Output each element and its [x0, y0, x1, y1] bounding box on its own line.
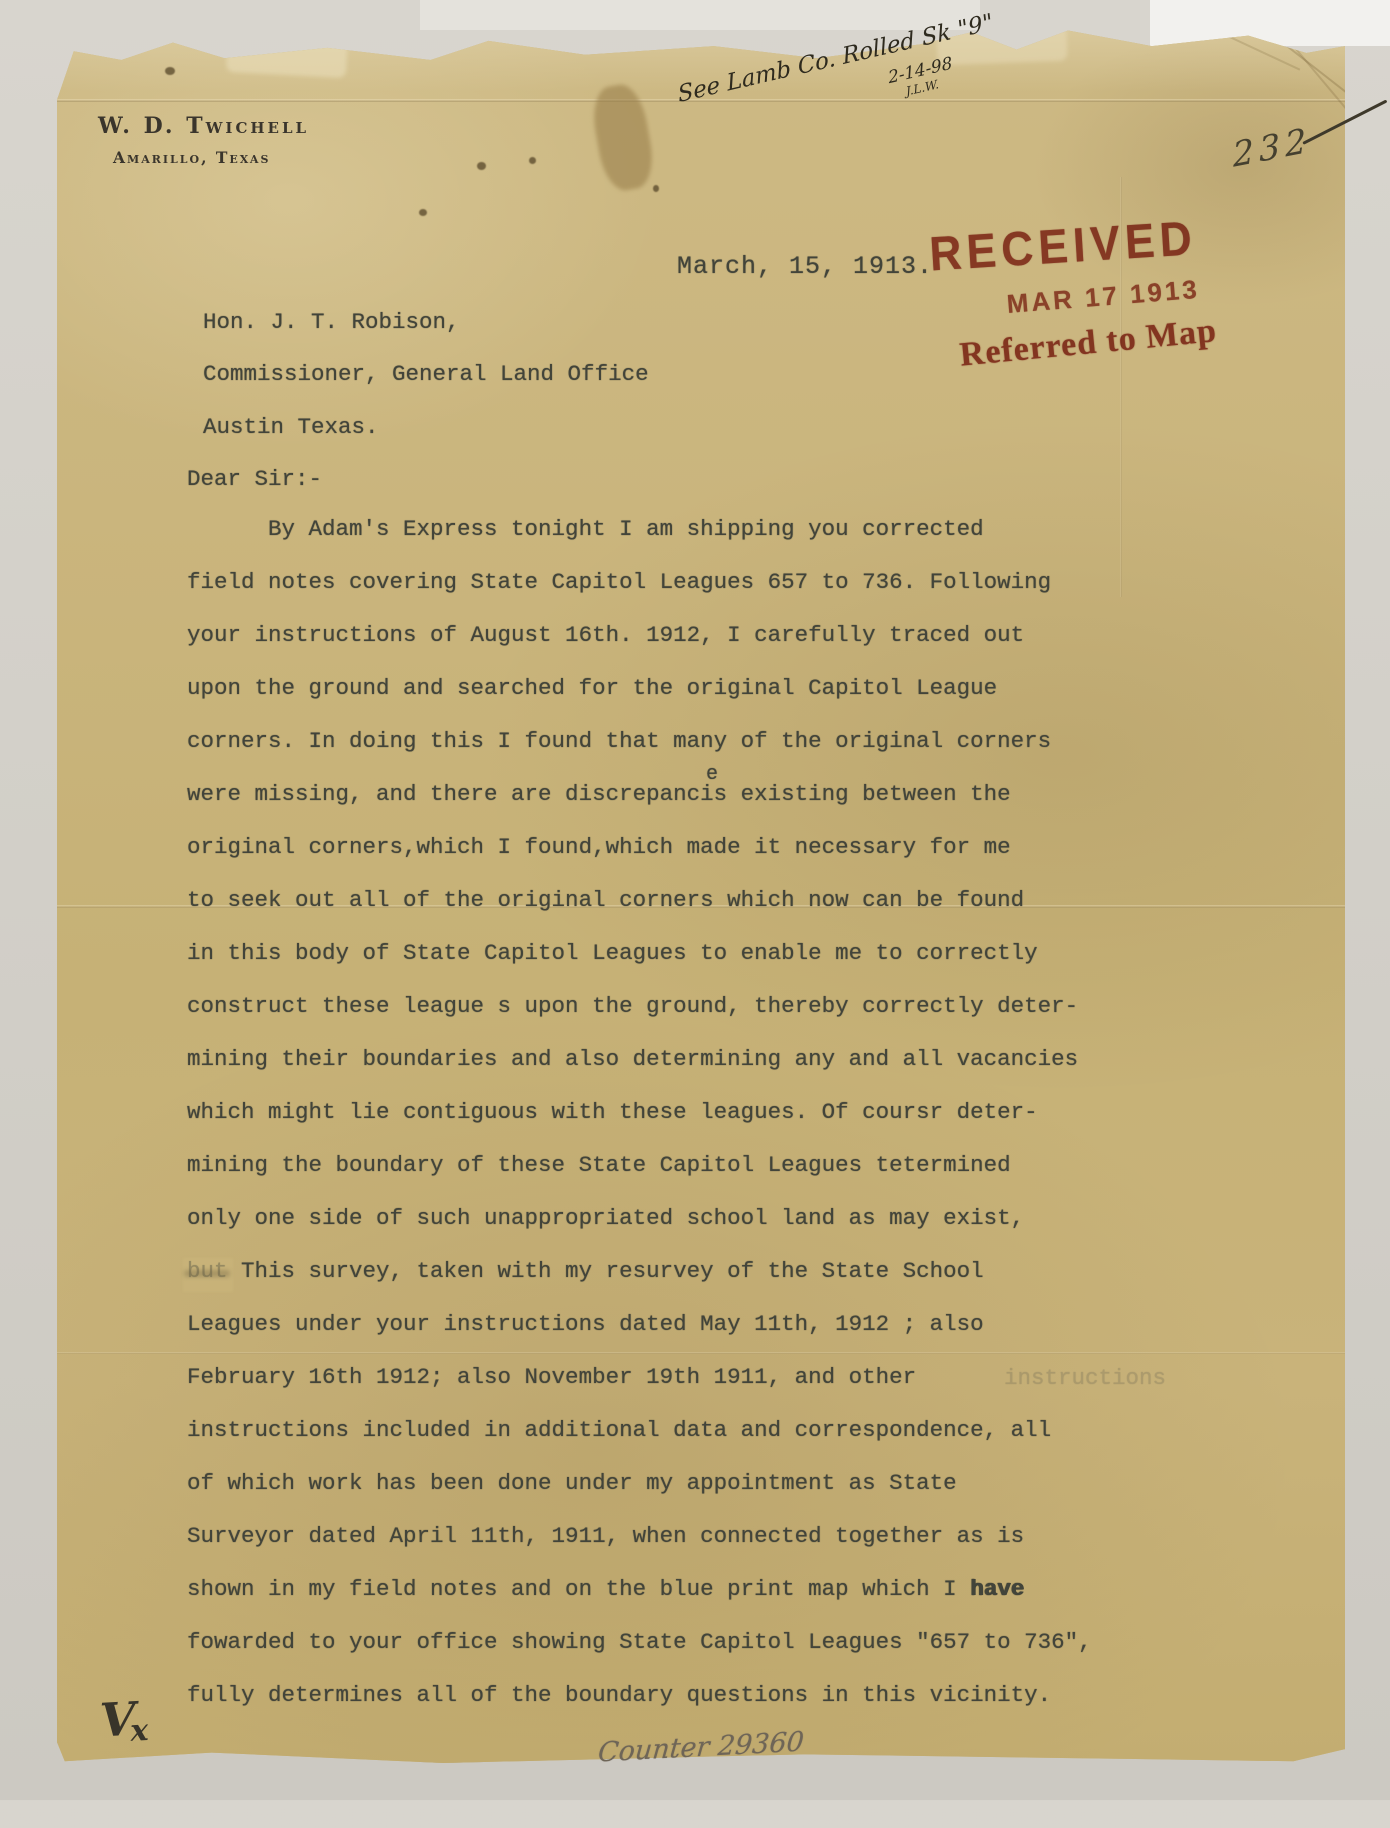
background-patch	[1150, 0, 1390, 46]
body-line: By Adam's Express tonight I am shipping …	[187, 503, 984, 556]
body-line: to seek out all of the original corners …	[187, 874, 1024, 927]
handwritten-check-mark: Vx	[99, 1691, 155, 1748]
body-line: fully determines all of the boundary que…	[187, 1669, 1051, 1722]
letterhead-name: W. D. Twichell	[98, 113, 309, 139]
ink-smudge	[184, 1270, 230, 1277]
body-line: of which work has been done under my app…	[187, 1457, 957, 1510]
body-line: in this body of State Capitol Leagues to…	[187, 927, 1038, 980]
body-line: original corners,which I found,which mad…	[187, 821, 1011, 874]
body-line: Leagues under your instructions dated Ma…	[187, 1298, 984, 1351]
body-line: mining their boundaries and also determi…	[187, 1033, 1078, 1086]
letter-date: March, 15, 1913.	[677, 240, 933, 293]
recipient-line: Hon. J. T. Robison,	[203, 296, 460, 349]
body-line: Surveyor dated April 11th, 1911, when co…	[187, 1510, 1024, 1563]
recipient-line: Commissioner, General Land Office	[203, 348, 649, 401]
body-line: construct these league s upon the ground…	[187, 980, 1078, 1033]
body-line: field notes covering State Capitol Leagu…	[187, 556, 1051, 609]
body-line: which might lie contiguous with these le…	[187, 1086, 1038, 1139]
body-line: upon the ground and searched for the ori…	[187, 662, 997, 715]
paper-hole	[165, 67, 175, 75]
body-line: were missing, and there are discrepancis…	[187, 768, 1011, 821]
body-line: February 16th 1912; also November 19th 1…	[187, 1351, 916, 1404]
body-line: mining the boundary of these State Capit…	[187, 1139, 1011, 1192]
paper-hole	[529, 157, 536, 164]
ghost-typed-word: instructions	[1004, 1352, 1166, 1405]
letterhead-city: Amarillo, Texas	[113, 148, 270, 167]
paper-hole	[419, 209, 427, 216]
body-line: corners. In doing this I found that many…	[187, 715, 1051, 768]
salutation: Dear Sir:-	[187, 453, 322, 506]
paper-hole	[653, 185, 659, 192]
paper-hole	[477, 162, 486, 170]
body-line: shown in my field notes and on the blue …	[187, 1563, 1024, 1616]
overtyped-word: have	[970, 1563, 1024, 1616]
body-line: only one side of such unappropriated sch…	[187, 1192, 1024, 1245]
body-line: fowarded to your office showing State Ca…	[187, 1616, 1092, 1669]
scanned-letter-page: W. D. Twichell Amarillo, Texas See Lamb …	[0, 0, 1390, 1800]
background-patch	[420, 0, 980, 30]
body-line: but This survey, taken with my resurvey …	[187, 1245, 984, 1298]
body-line: instructions included in additional data…	[187, 1404, 1051, 1457]
letter-body: By Adam's Express tonight I am shipping …	[187, 503, 1187, 1800]
body-line: your instructions of August 16th. 1912, …	[187, 609, 1024, 662]
typed-superscript-correction: e	[706, 748, 718, 801]
recipient-line: Austin Texas.	[203, 401, 379, 454]
check-mark-x: x	[129, 1713, 149, 1749]
